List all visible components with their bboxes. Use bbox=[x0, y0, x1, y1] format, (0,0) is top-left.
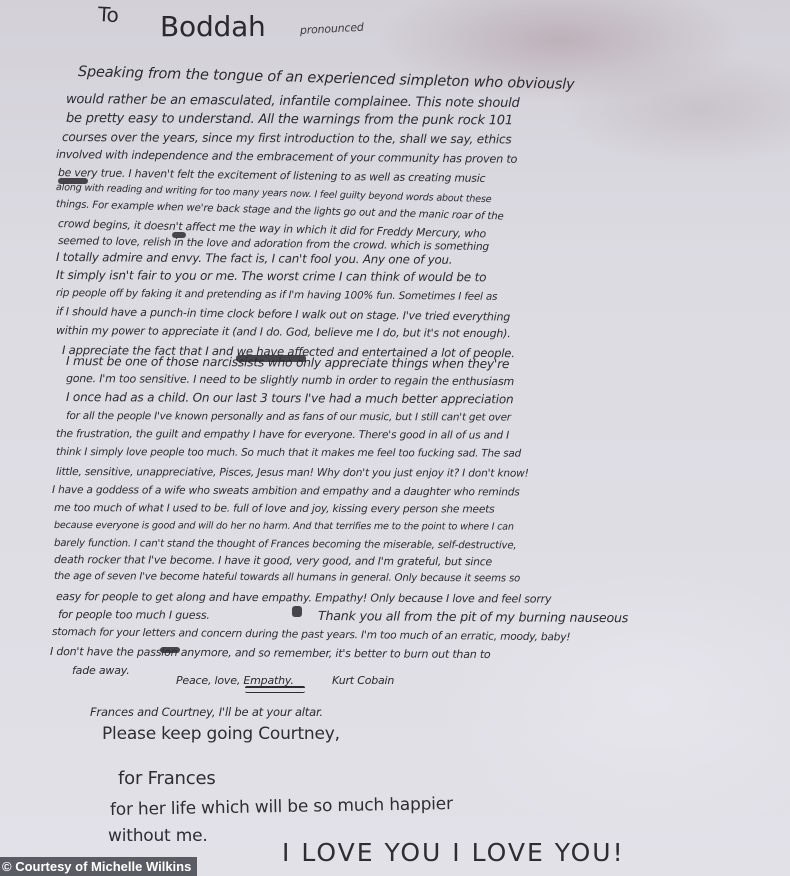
letter-line: I once had as a child. On our last 3 tou… bbox=[66, 390, 514, 406]
letter-line: for people too much I guess. bbox=[58, 608, 210, 622]
postscript-line: Frances and Courtney, I'll be at your al… bbox=[90, 705, 323, 719]
crossed-out-word bbox=[160, 647, 180, 653]
letter-line: I totally admire and envy. The fact is, … bbox=[56, 250, 452, 267]
letter-paper: To Boddah pronounced Speaking from the t… bbox=[0, 0, 790, 876]
letter-line: rip people off by faking it and pretendi… bbox=[56, 287, 497, 303]
letter-line: would rather be an emasculated, infantil… bbox=[66, 92, 520, 111]
letter-line: Thank you all from the pit of my burning… bbox=[318, 608, 628, 625]
letter-line: think I simply love people too much. So … bbox=[56, 446, 521, 460]
letter-line: be pretty easy to understand. All the wa… bbox=[66, 111, 513, 128]
letter-line: because everyone is good and will do her… bbox=[54, 520, 514, 533]
letter-line: I don't have the passion anymore, and so… bbox=[50, 645, 491, 661]
letter-line: barely function. I can't stand the thoug… bbox=[54, 538, 517, 551]
image-credit-watermark: © Courtesy of Michelle Wilkins bbox=[0, 857, 197, 876]
letter-line: little, sensitive, unappreciative, Pisce… bbox=[56, 466, 529, 480]
letter-line: me too much of what I used to be. full o… bbox=[54, 502, 495, 516]
letter-line: death rocker that I've become. I have it… bbox=[54, 553, 492, 568]
recipient-name: Boddah bbox=[160, 10, 266, 43]
crossed-out-word bbox=[172, 232, 186, 238]
letter-line: for all the people I've known personally… bbox=[66, 410, 511, 424]
crossed-out-word bbox=[58, 178, 88, 184]
letter-line: courses over the years, since my first i… bbox=[62, 130, 512, 146]
signature-name: Kurt Cobain bbox=[332, 674, 394, 687]
postscript-line: I LOVE YOU I LOVE YOU! bbox=[282, 838, 625, 867]
letter-line: the frustration, the guilt and empathy I… bbox=[56, 428, 509, 442]
letter-line: gone. I'm too sensitive. I need to be sl… bbox=[66, 372, 514, 388]
letter-line: It simply isn't fair to you or me. The w… bbox=[56, 268, 486, 284]
letter-line: I have a goddess of a wife who sweats am… bbox=[52, 484, 520, 498]
crossed-out-word bbox=[236, 355, 306, 362]
crossed-out-mark bbox=[292, 606, 302, 617]
salutation-to: To bbox=[97, 2, 119, 27]
letter-line: be very true. I haven't felt the excitem… bbox=[58, 166, 485, 185]
letter-line: stomach for your letters and concern dur… bbox=[52, 626, 570, 643]
letter-line: the age of seven I've become hateful tow… bbox=[54, 571, 520, 584]
letter-line: within my power to appreciate it (and I … bbox=[56, 324, 511, 340]
letter-line: fade away. bbox=[72, 664, 130, 677]
empathy-underline bbox=[245, 686, 305, 693]
recipient-pronunciation-note: pronounced bbox=[300, 21, 364, 37]
letter-line: if I should have a punch-in time clock b… bbox=[56, 305, 510, 324]
postscript-line: for Frances bbox=[118, 768, 216, 789]
letter-line: Speaking from the tongue of an experienc… bbox=[78, 64, 575, 93]
postscript-line: without me. bbox=[108, 826, 208, 846]
letter-line: easy for people to get along and have em… bbox=[56, 590, 551, 606]
postscript-line: for her life which will be so much happi… bbox=[110, 794, 453, 820]
letter-line: involved with independence and the embra… bbox=[56, 148, 517, 166]
postscript-line: Please keep going Courtney, bbox=[102, 724, 340, 744]
